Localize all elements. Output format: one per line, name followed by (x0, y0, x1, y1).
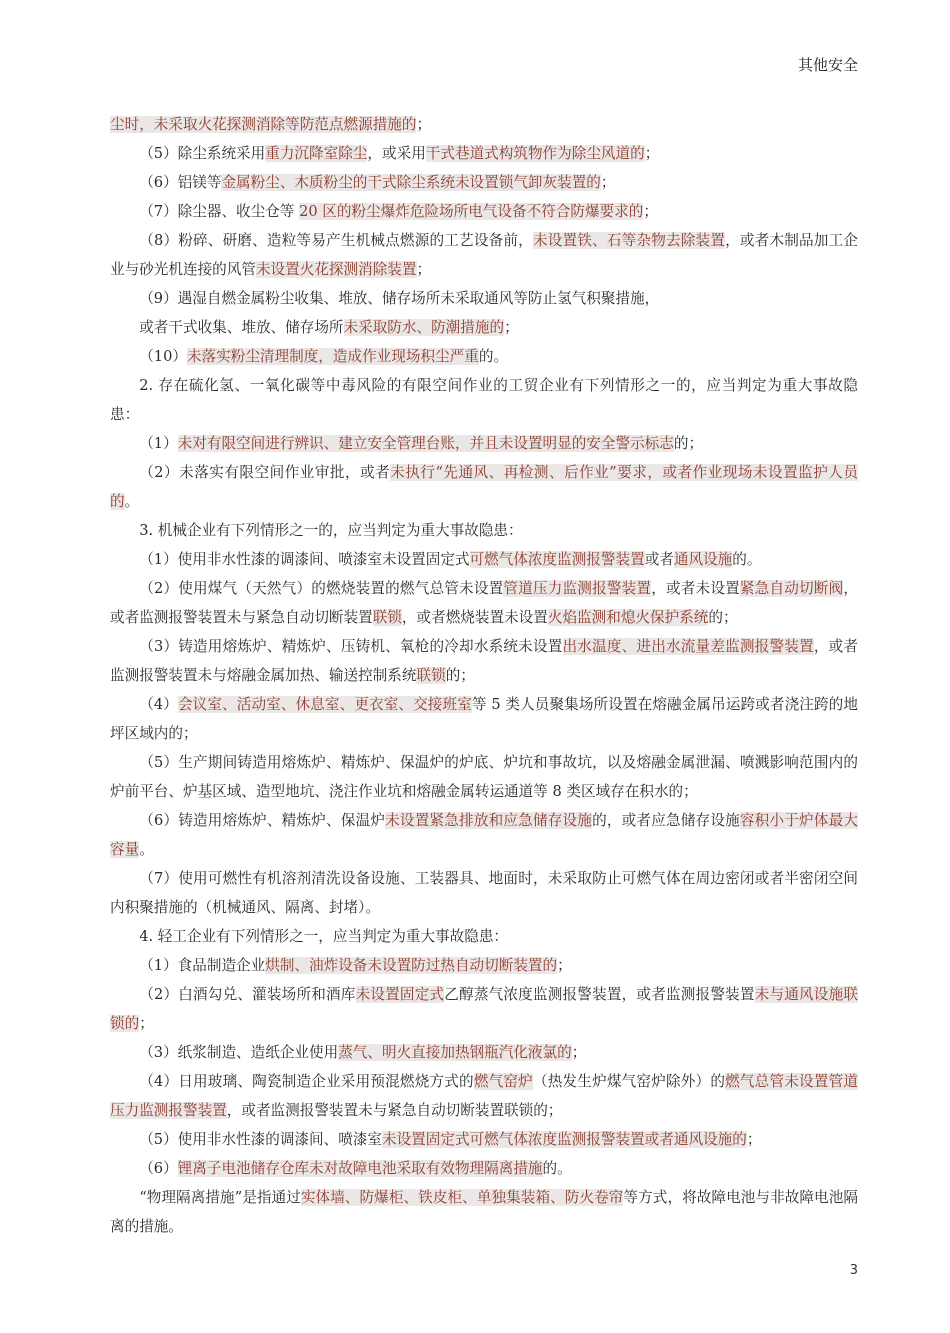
highlighted-text: 未设置固定式 (356, 986, 445, 1003)
text-run: 的； (674, 435, 703, 452)
paragraph: 2. 存在硫化氢、一氧化碳等中毒风险的有限空间作业的工贸企业有下列情形之一的，应… (110, 371, 858, 429)
text-run: （2）使用煤气（天然气）的燃烧装置的燃气总管未设置 (139, 580, 503, 597)
text-run: 4. 轻工企业有下列情形之一，应当判定为重大事故隐患： (139, 928, 508, 945)
text-run: （7）除尘器、收尘仓等 (139, 203, 299, 220)
text-run: 乙醇蒸气浓度监测报警装置，或者监测报警装置 (444, 986, 754, 1003)
highlighted-text: 烘制、油炸设备未设置防过热自动切断装置的 (265, 957, 557, 974)
highlighted-text: 未设置固定式可燃气体浓度监测报警装置或者通风设施的 (382, 1131, 747, 1148)
highlighted-text: 干式巷道式构筑物作为除尘风道的 (426, 145, 645, 162)
paragraph: （6）锂离子电池储存仓库未对故障电池采取有效物理隔离措施的。 (110, 1154, 858, 1183)
highlighted-text: 会议室、活动室、休息室、更衣室、交接班室 (178, 696, 472, 713)
text-run: （7）使用可燃性有机溶剂清洗设备设施、工装器具、地面时，未采取防止可燃气体在周边… (110, 870, 858, 916)
highlighted-text: 出水温度、进出水流量差监测报警装置 (563, 638, 814, 655)
text-run: 的。 (543, 1160, 572, 1177)
text-run: （4） (139, 696, 178, 713)
paragraph: 3. 机械企业有下列情形之一的，应当判定为重大事故隐患： (110, 516, 858, 545)
text-run: （10） (139, 348, 187, 365)
paragraph: （3）铸造用熔炼炉、精炼炉、压铸机、氧枪的冷却水系统未设置出水温度、进出水流量差… (110, 632, 858, 690)
highlighted-text: 通风设施 (674, 551, 732, 568)
page-header-title: 其他安全 (798, 54, 858, 75)
highlighted-text: 燃气窑炉 (474, 1073, 533, 1090)
text-run: ； (139, 1015, 154, 1032)
paragraph: （7）除尘器、收尘仓等 20 区的粉尘爆炸危险场所电气设备不符合防爆要求的； (110, 197, 858, 226)
text-run: 的。 (479, 348, 508, 365)
text-run: （5）生产期间铸造用熔炼炉、精炼炉、保温炉的炉底、炉坑和事故坑，以及熔融金属泄漏… (110, 754, 858, 800)
text-run: 。 (139, 841, 154, 858)
text-run: （2）未落实有限空间作业审批，或者 (139, 464, 390, 481)
text-run: （1）食品制造企业 (139, 957, 265, 974)
text-run: （5）使用非水性漆的调漆间、喷漆室 (139, 1131, 382, 1148)
paragraph: （2）使用煤气（天然气）的燃烧装置的燃气总管未设置管道压力监测报警装置，或者未设… (110, 574, 858, 632)
paragraph: （7）使用可燃性有机溶剂清洗设备设施、工装器具、地面时，未采取防止可燃气体在周边… (110, 864, 858, 922)
highlighted-text: 未设置紧急排放和应急储存设施 (385, 812, 592, 829)
text-run: 或者干式收集、堆放、储存场所 (139, 319, 343, 336)
highlighted-text: 尘时，未采取火花探测消除等防范点燃源措施的 (110, 116, 416, 133)
text-run: ，或采用 (367, 145, 425, 162)
document-body: 尘时，未采取火花探测消除等防范点燃源措施的；（5）除尘系统采用重力沉降室除尘，或… (110, 110, 858, 1241)
text-run: （3）铸造用熔炼炉、精炼炉、压铸机、氧枪的冷却水系统未设置 (139, 638, 562, 655)
text-run: ； (572, 1044, 587, 1061)
highlighted-text: 20 区的粉尘爆炸危险场所电气设备不符合防爆要求的 (299, 203, 643, 220)
text-run: ； (601, 174, 616, 191)
paragraph: （5）生产期间铸造用熔炼炉、精炼炉、保温炉的炉底、炉坑和事故坑，以及熔融金属泄漏… (110, 748, 858, 806)
paragraph: （4）会议室、活动室、休息室、更衣室、交接班室等 5 类人员聚集场所设置在熔融金… (110, 690, 858, 748)
text-run: （6）铝镁等 (139, 174, 221, 191)
text-run: （5）除尘系统采用 (139, 145, 265, 162)
highlighted-text: 重力沉降室除尘 (265, 145, 367, 162)
text-run: （1）使用非水性漆的调漆间、喷漆室未设置固定式 (139, 551, 469, 568)
highlighted-text: 未设置火花探测消除装置 (256, 261, 417, 278)
highlighted-text: 金属粉尘、木质粉尘的干式除尘系统未设置锁气卸灰装置的 (221, 174, 600, 191)
text-run: 2. 存在硫化氢、一氧化碳等中毒风险的有限空间作业的工贸企业有下列情形之一的，应… (110, 377, 858, 423)
paragraph: （3）纸浆制造、造纸企业使用蒸气、明火直接加热钢瓶汽化液氯的； (110, 1038, 858, 1067)
text-run: （4）日用玻璃、陶瓷制造企业采用预混燃烧方式的 (139, 1073, 474, 1090)
paragraph: （6）铸造用熔炼炉、精炼炉、保温炉未设置紧急排放和应急储存设施的，或者应急储存设… (110, 806, 858, 864)
text-run: （2）白酒勾兑、灌装场所和酒库 (139, 986, 355, 1003)
paragraph: （9）遇湿自燃金属粉尘收集、堆放、储存场所未采取通风等防止氢气积聚措施， (110, 284, 858, 313)
text-run: ，或者未设置 (651, 580, 740, 597)
text-run: 3. 机械企业有下列情形之一的，应当判定为重大事故隐患： (139, 522, 522, 539)
highlighted-text: 联锁 (416, 667, 445, 684)
text-run: ； (557, 957, 572, 974)
paragraph: （4）日用玻璃、陶瓷制造企业采用预混燃烧方式的燃气窑炉（热发生炉煤气窑炉除外）的… (110, 1067, 858, 1125)
highlighted-text: 未采取防水、防潮措施的 (344, 319, 505, 336)
highlighted-text: 火焰监测和熄火保护系统 (548, 609, 709, 626)
paragraph: “物理隔离措施”是指通过实体墙、防爆柜、铁皮柜、单独集装箱、防火卷帘等方式，将故… (110, 1183, 858, 1241)
paragraph: （2）未落实有限空间作业审批，或者未执行“先通风、再检测、后作业”要求，或者作业… (110, 458, 858, 516)
paragraph: （2）白酒勾兑、灌装场所和酒库未设置固定式乙醇蒸气浓度监测报警装置，或者监测报警… (110, 980, 858, 1038)
paragraph: 或者干式收集、堆放、储存场所未采取防水、防潮措施的； (110, 313, 858, 342)
paragraph: （5）除尘系统采用重力沉降室除尘，或采用干式巷道式构筑物作为除尘风道的； (110, 139, 858, 168)
paragraph: 尘时，未采取火花探测消除等防范点燃源措施的； (110, 110, 858, 139)
highlighted-text: 未对有限空间进行辨识、建立安全管理台账，并且未设置明显的安全警示标志 (178, 435, 674, 452)
text-run: 的； (708, 609, 737, 626)
text-run: （6） (139, 1160, 177, 1177)
text-run: 的； (446, 667, 475, 684)
paragraph: 4. 轻工企业有下列情形之一，应当判定为重大事故隐患： (110, 922, 858, 951)
page-number: 3 (850, 1263, 858, 1278)
text-run: （9）遇湿自燃金属粉尘收集、堆放、储存场所未采取通风等防止氢气积聚措施， (139, 290, 659, 307)
paragraph: （1）食品制造企业烘制、油炸设备未设置防过热自动切断装置的； (110, 951, 858, 980)
text-run: （8）粉碎、研磨、造粒等易产生机械点燃源的工艺设备前， (139, 232, 533, 249)
highlighted-text: 锂离子电池储存仓库未对故障电池采取有效物理隔离措施 (178, 1160, 543, 1177)
text-run: 。 (125, 493, 140, 510)
text-run: （6）铸造用熔炼炉、精炼炉、保温炉 (139, 812, 385, 829)
text-run: 的，或者应急储存设施 (592, 812, 740, 829)
text-run: ； (645, 145, 660, 162)
text-run: （1） (139, 435, 177, 452)
text-run: ，或者监测报警装置未与紧急自动切断装置联锁的； (227, 1102, 563, 1119)
highlighted-text: 紧急自动切断阀 (740, 580, 843, 597)
highlighted-text: 蒸气、明火直接加热钢瓶汽化液氯的 (338, 1044, 572, 1061)
text-run: ； (416, 116, 431, 133)
text-run: ； (417, 261, 432, 278)
text-run: ； (643, 203, 658, 220)
text-run: （热发生炉煤气窑炉除外）的 (533, 1073, 725, 1090)
paragraph: （8）粉碎、研磨、造粒等易产生机械点燃源的工艺设备前，未设置铁、石等杂物去除装置… (110, 226, 858, 284)
highlighted-text: 可燃气体浓度监测报警装置 (470, 551, 645, 568)
paragraph: （10）未落实粉尘清理制度，造成作业现场积尘严重的。 (110, 342, 858, 371)
highlighted-text: 联锁 (373, 609, 402, 626)
paragraph: （5）使用非水性漆的调漆间、喷漆室未设置固定式可燃气体浓度监测报警装置或者通风设… (110, 1125, 858, 1154)
highlighted-text: 未落实粉尘清理制度，造成作业现场积尘严重 (187, 348, 479, 365)
text-run: 或者 (645, 551, 674, 568)
text-run: ； (504, 319, 519, 336)
text-run: （3）纸浆制造、造纸企业使用 (139, 1044, 338, 1061)
paragraph: （1）使用非水性漆的调漆间、喷漆室未设置固定式可燃气体浓度监测报警装置或者通风设… (110, 545, 858, 574)
paragraph: （6）铝镁等金属粉尘、木质粉尘的干式除尘系统未设置锁气卸灰装置的； (110, 168, 858, 197)
text-run: ，或者燃烧装置未设置 (402, 609, 548, 626)
highlighted-text: 实体墙、防爆柜、铁皮柜、单独集装箱、防火卷帘 (301, 1189, 624, 1206)
highlighted-text: 未设置铁、石等杂物去除装置 (533, 232, 725, 249)
text-run: 的。 (732, 551, 761, 568)
text-run: ； (747, 1131, 762, 1148)
text-run: “物理隔离措施”是指通过 (139, 1189, 301, 1206)
highlighted-text: 管道压力监测报警装置 (503, 580, 651, 597)
paragraph: （1）未对有限空间进行辨识、建立安全管理台账，并且未设置明显的安全警示标志的； (110, 429, 858, 458)
